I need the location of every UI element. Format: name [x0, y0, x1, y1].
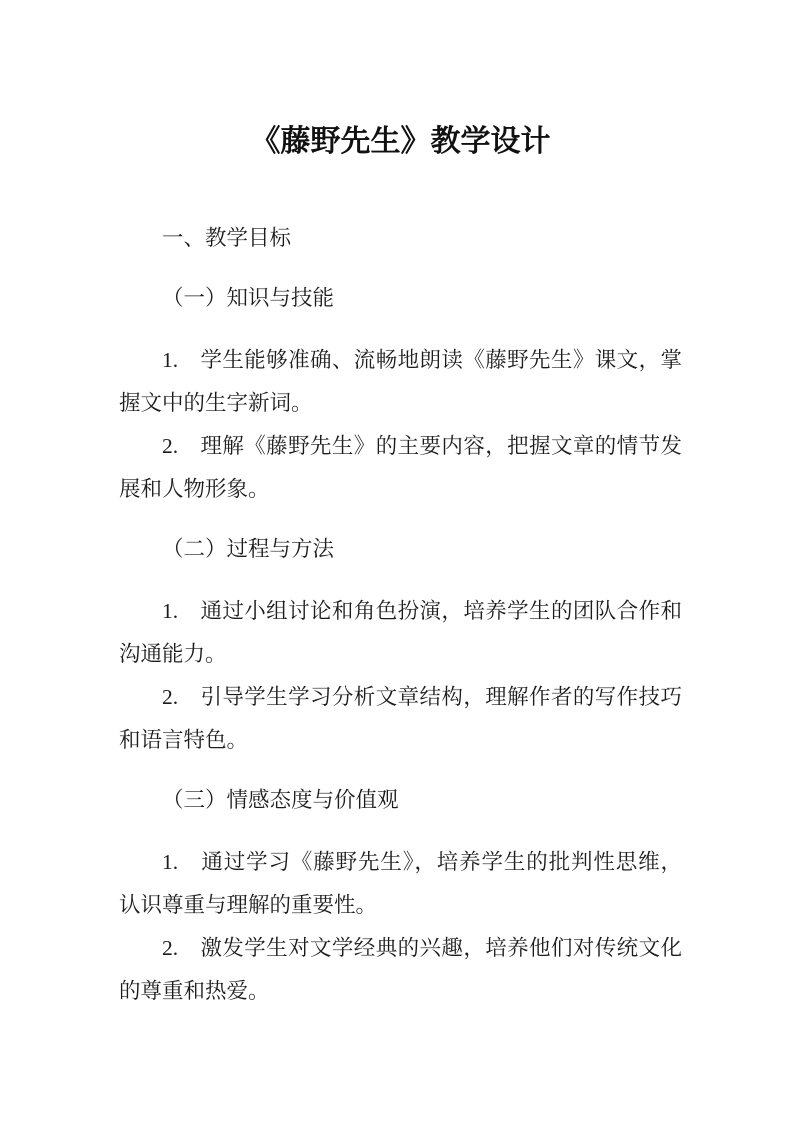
paragraph-process-item-2: 2. 引导学生学习分析文章结构，理解作者的写作技巧和语言特色。 — [119, 676, 682, 762]
paragraph-knowledge-item-1: 1. 学生能够准确、流畅地朗读《藤野先生》课文，掌握文中的生字新词。 — [119, 339, 682, 425]
section-heading-objectives: 一、教学目标 — [119, 217, 682, 260]
subsection-heading-emotion-values: （三）情感态度与价值观 — [119, 779, 682, 822]
paragraph-emotion-item-2: 2. 激发学生对文学经典的兴趣，培养他们对传统文化的尊重和热爱。 — [119, 927, 682, 1013]
paragraph-knowledge-item-2: 2. 理解《藤野先生》的主要内容，把握文章的情节发展和人物形象。 — [119, 425, 682, 511]
document-title: 《藤野先生》教学设计 — [119, 118, 682, 166]
paragraph-emotion-item-1: 1. 通过学习《藤野先生》，培养学生的批判性思维，认识尊重与理解的重要性。 — [119, 841, 682, 927]
subsection-heading-process-methods: （二）过程与方法 — [119, 528, 682, 571]
subsection-heading-knowledge-skills: （一）知识与技能 — [119, 277, 682, 320]
paragraph-process-item-1: 1. 通过小组讨论和角色扮演，培养学生的团队合作和沟通能力。 — [119, 590, 682, 676]
document-page: 《藤野先生》教学设计 一、教学目标 （一）知识与技能 1. 学生能够准确、流畅地… — [0, 0, 800, 1131]
